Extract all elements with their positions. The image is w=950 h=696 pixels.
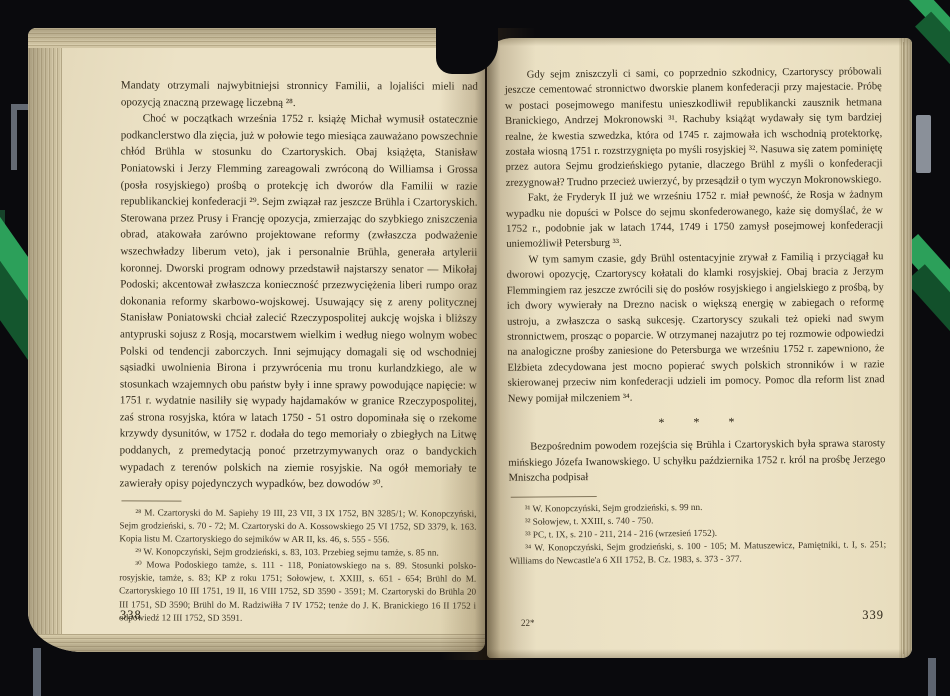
page-edge-left	[28, 28, 62, 652]
right-page-text: Gdy sejm zniszczyli ci sami, co poprzedn…	[505, 64, 887, 568]
footnote: ³⁰ Mowa Podoskiego tamże, s. 111 - 118, …	[119, 559, 476, 626]
footnote: ³⁴ W. Konopczyński, Sejm grodzieński, s.…	[509, 538, 886, 568]
paragraph: Mandaty otrzymali najwybitniejsi stronni…	[121, 77, 478, 111]
footnote-separator-rule	[511, 496, 597, 498]
footnote-separator-rule	[121, 500, 181, 501]
footnote: ²⁹ W. Konopczyński, Sejm grodzieński, s.…	[119, 546, 476, 560]
right-page: Gdy sejm zniszczyli ci sami, co poprzedn…	[487, 38, 912, 658]
paragraph: Choć w początkach września 1752 r. książ…	[120, 111, 478, 494]
page-edge-right	[899, 38, 912, 658]
paragraph: W tym samym czasie, gdy Brühl ostentacyj…	[506, 249, 884, 407]
asterisk-section-break: * * *	[508, 413, 885, 432]
page-edge-top-right	[487, 38, 912, 47]
page-edge-bottom	[28, 634, 485, 652]
left-page-footnotes: ²⁸ M. Czartoryski do M. Sapiehy 19 III, …	[119, 506, 476, 625]
page-edge-bottom-right	[487, 648, 912, 658]
left-page: Mandaty otrzymali najwybitniejsi stronni…	[28, 28, 485, 652]
wallpaper-green-stripe-top-right-dark	[915, 12, 950, 115]
wallpaper-grey-bar-right	[916, 115, 931, 173]
page-inner-edge-line	[903, 42, 904, 654]
left-page-text: Mandaty otrzymali najwybitniejsi stronni…	[119, 77, 478, 625]
paragraph: Fakt, że Fryderyk II już we wrześniu 175…	[506, 187, 884, 252]
footnote: ²⁸ M. Czartoryski do M. Sapiehy 19 III, …	[119, 506, 476, 547]
wallpaper-grey-bar-bottom-right	[928, 658, 936, 696]
paragraph: Gdy sejm zniszczyli ci sami, co poprzedn…	[505, 64, 883, 191]
paragraph: Bezpośrednim powodem rozejścia się Brühl…	[508, 437, 885, 487]
page-number-left: 338	[120, 608, 142, 623]
page-number-right: 339	[507, 608, 884, 623]
right-page-footnotes: ³¹ W. Konopczyński, Sejm grodzieński, s.…	[509, 499, 887, 568]
book-spread: Mandaty otrzymali najwybitniejsi stronni…	[28, 28, 912, 660]
screenshot-root: { "colors": { "background": "#0a0a0d", "…	[0, 0, 950, 696]
page-edge-top	[28, 28, 485, 48]
